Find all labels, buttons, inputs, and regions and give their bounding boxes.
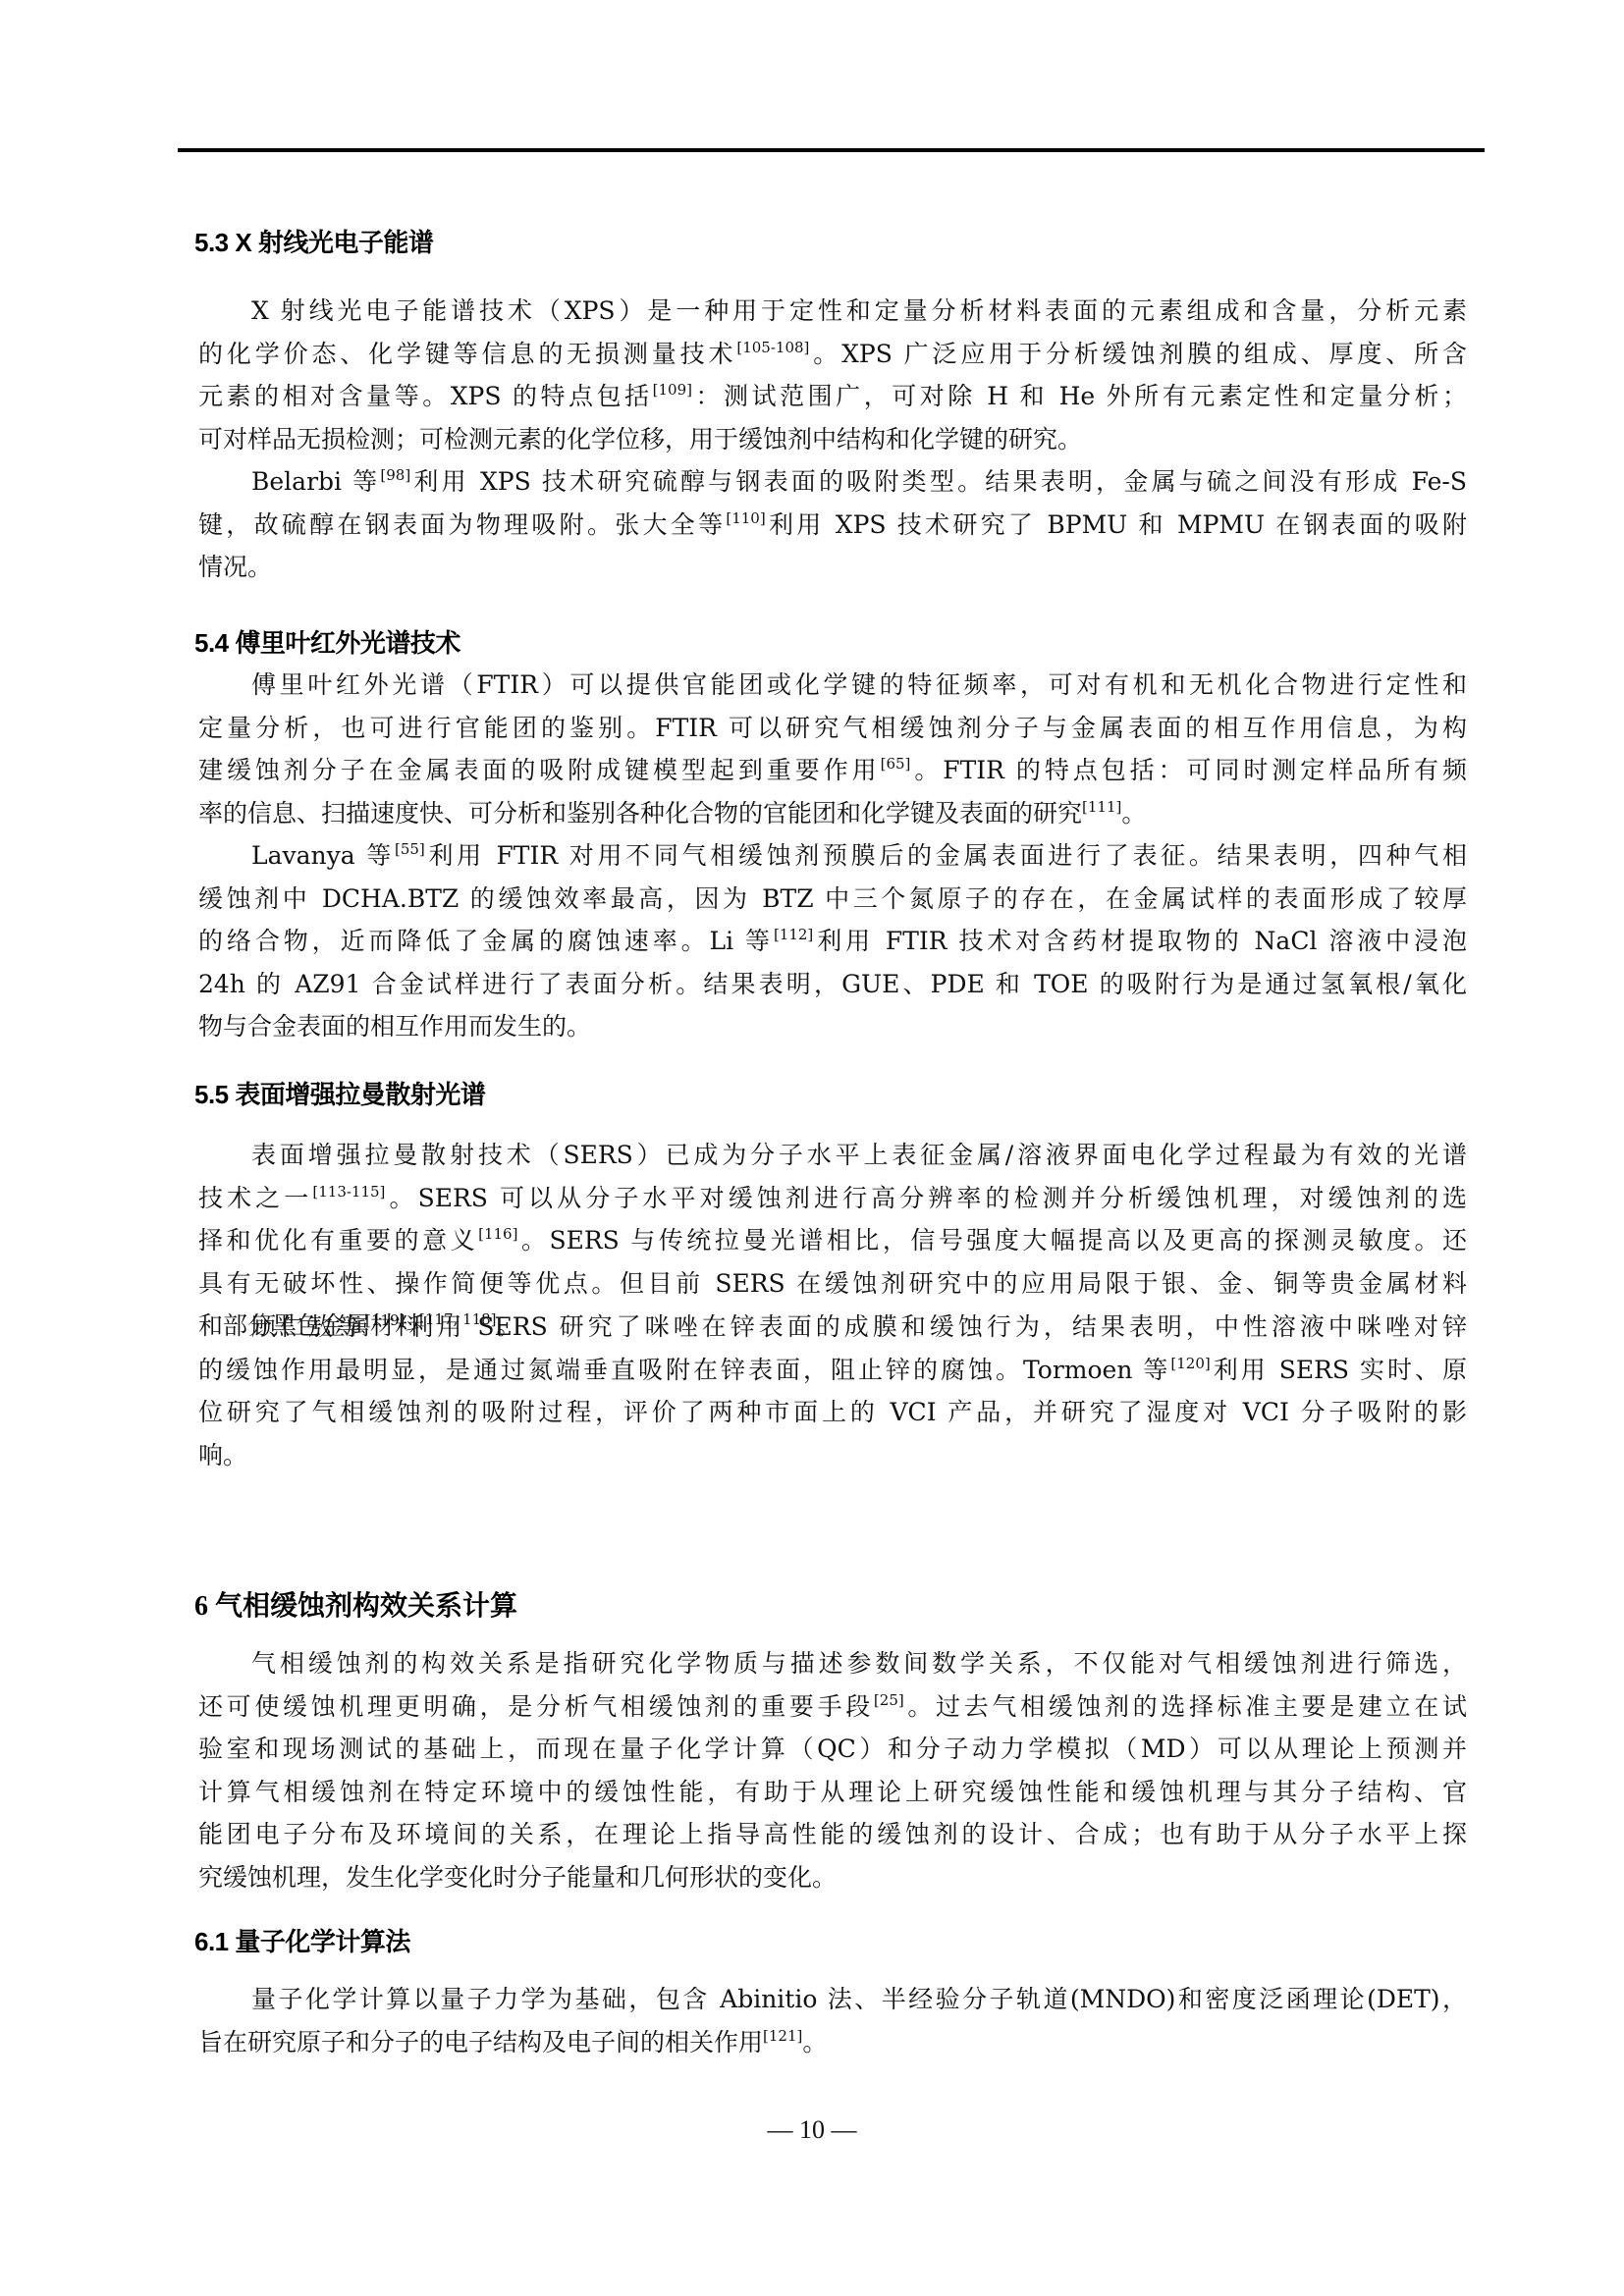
text-run: 定量分析，也可进行官能团的鉴别。FTIR 可以研究气相缓蚀剂分子与金属表面的相互… [198, 714, 1467, 742]
text-line: 物与合金表面的相互作用而发生的。 [198, 1005, 1467, 1048]
text-run: 利用 FTIR 对用不同气相缓蚀剂预膜后的金属表面进行了表征。结果表明，四种气相 [425, 841, 1467, 870]
text-line: 位研究了气相缓蚀剂的吸附过程，评价了两种市面上的 VCI 产品，并研究了湿度对 … [198, 1391, 1467, 1434]
citation-superscript: [113-115] [312, 1183, 385, 1201]
text-line: 究缓蚀机理，发生化学变化时分子能量和几何形状的变化。 [198, 1856, 1467, 1899]
citation-superscript: [112] [774, 926, 813, 943]
text-run: 位研究了气相缓蚀剂的吸附过程，评价了两种市面上的 VCI 产品，并研究了湿度对 … [198, 1398, 1467, 1426]
text-line: 气相缓蚀剂的构效关系是指研究化学物质与描述参数间数学关系，不仅能对气相缓蚀剂进行… [198, 1642, 1467, 1685]
text-run: 情况。 [198, 553, 272, 581]
section-heading-5-3: 5.3 X 射线光电子能谱 [194, 225, 433, 260]
page-number: — 10 — [0, 2112, 1624, 2148]
text-run: 究缓蚀机理，发生化学变化时分子能量和几何形状的变化。 [198, 1863, 837, 1892]
text-line: Lavanya 等[55]利用 FTIR 对用不同气相缓蚀剂预膜后的金属表面进行… [198, 834, 1467, 878]
section-heading-6: 6 气相缓蚀剂构效关系计算 [194, 1589, 517, 1625]
citation-superscript: [121] [763, 2027, 802, 2045]
text-run: 利用 XPS 技术研究了 BPMU 和 MPMU 在钢表面的吸附 [766, 510, 1467, 539]
citation-superscript: [119] [365, 1311, 405, 1329]
text-run: 率的信息、扫描速度快、可分析和鉴别各种化合物的官能团和化学键及表面的研究 [198, 799, 1082, 828]
text-line: 可对样品无损检测；可检测元素的化学位移，用于缓蚀剂中结构和化学键的研究。 [198, 418, 1467, 461]
text-run: 物与合金表面的相互作用而发生的。 [198, 1012, 591, 1041]
text-line: 具有无破坏性、操作简便等优点。但目前 SERS 在缓蚀剂研究中的应用局限于银、金… [198, 1262, 1467, 1306]
text-line: 的缓蚀作用最明显，是通过氮端垂直吸附在锌表面，阻止锌的腐蚀。Tormoen 等[… [198, 1349, 1467, 1392]
text-line: 的络合物，近而降低了金属的腐蚀速率。Li 等[112]利用 FTIR 技术对含药… [198, 920, 1467, 963]
text-run: 键，故硫醇在钢表面为物理吸附。张大全等 [198, 510, 726, 539]
text-line: 定量分析，也可进行官能团的鉴别。FTIR 可以研究气相缓蚀剂分子与金属表面的相互… [198, 707, 1467, 750]
text-line: 键，故硫醇在钢表面为物理吸附。张大全等[110]利用 XPS 技术研究了 BPM… [198, 504, 1467, 547]
text-line: 验室和现场测试的基础上，而现在量子化学计算（QC）和分子动力学模拟（MD）可以从… [198, 1728, 1467, 1771]
citation-superscript: [25] [874, 1691, 904, 1709]
text-run: 。过去气相缓蚀剂的选择标准主要是建立在试 [904, 1692, 1467, 1721]
text-line: 建缓蚀剂分子在金属表面的吸附成键模型起到重要作用[65]。FTIR 的特点包括：… [198, 749, 1467, 792]
paragraph-5-3-2: Belarbi 等[98]利用 XPS 技术研究硫醇与钢表面的吸附类型。结果表明… [198, 460, 1467, 589]
text-run: 顾仁敖等 [251, 1312, 365, 1341]
text-run: 可对样品无损检测；可检测元素的化学位移，用于缓蚀剂中结构和化学键的研究。 [198, 425, 1082, 454]
citation-superscript: [98] [380, 466, 410, 484]
text-run: 的缓蚀作用最明显，是通过氮端垂直吸附在锌表面，阻止锌的腐蚀。Tormoen 等 [198, 1356, 1170, 1384]
text-run: 计算气相缓蚀剂在特定环境中的缓蚀性能，有助于从理论上研究缓蚀性能和缓蚀机理与其分… [198, 1778, 1467, 1806]
text-run: 量子化学计算以量子力学为基础，包含 Abinitio 法、半经验分子轨道(MND… [251, 1985, 1467, 2013]
section-heading-5-4: 5.4 傅里叶红外光谱技术 [194, 625, 460, 661]
citation-superscript: [65] [881, 755, 911, 773]
text-run: 利用 FTIR 技术对含药材提取物的 NaCl 溶液中浸泡 [813, 927, 1467, 955]
text-line: X 射线光电子能谱技术（XPS）是一种用于定性和定量分析材料表面的元素组成和含量… [198, 290, 1467, 333]
text-run: X 射线光电子能谱技术（XPS）是一种用于定性和定量分析材料表面的元素组成和含量… [251, 296, 1467, 325]
text-run: Belarbi 等 [251, 467, 380, 496]
text-run: 利用 XPS 技术研究硫醇与钢表面的吸附类型。结果表明，金属与硫之间没有形成 F… [410, 467, 1467, 496]
text-run: 傅里叶红外光谱（FTIR）可以提供官能团或化学键的特征频率，可对有机和无机化合物… [251, 670, 1467, 699]
citation-superscript: [109] [653, 381, 692, 399]
text-run: 利用 SERS 实时、原 [1211, 1356, 1467, 1384]
text-run: 表面增强拉曼散射技术（SERS）已成为分子水平上表征金属/溶液界面电化学过程最为… [251, 1141, 1467, 1169]
text-line: 能团电子分布及环境间的关系，在理论上指导高性能的缓蚀剂的设计、合成；也有助于从分… [198, 1813, 1467, 1856]
text-line: 表面增强拉曼散射技术（SERS）已成为分子水平上表征金属/溶液界面电化学过程最为… [198, 1134, 1467, 1177]
text-line: 顾仁敖等[119]利用 SERS 研究了咪唑在锌表面的成膜和缓蚀行为，结果表明，… [198, 1306, 1467, 1349]
text-line: 缓蚀剂中 DCHA.BTZ 的缓蚀效率最高，因为 BTZ 中三个氮原子的存在，在… [198, 878, 1467, 921]
text-run: 24h 的 AZ91 合金试样进行了表面分析。结果表明，GUE、PDE 和 TO… [198, 970, 1467, 998]
text-line: 计算气相缓蚀剂在特定环境中的缓蚀性能，有助于从理论上研究缓蚀性能和缓蚀机理与其分… [198, 1771, 1467, 1814]
text-run: 响。 [198, 1441, 247, 1469]
text-line: 量子化学计算以量子力学为基础，包含 Abinitio 法、半经验分子轨道(MND… [198, 1978, 1467, 2021]
text-line: 旨在研究原子和分子的电子结构及电子间的相关作用[121]。 [198, 2021, 1467, 2064]
text-run: 。SERS 与传统拉曼光谱相比，信号强度大幅提高以及更高的探测灵敏度。还 [517, 1226, 1467, 1255]
section-heading-5-5: 5.5 表面增强拉曼散射光谱 [194, 1077, 485, 1112]
text-run: 的化学价态、化学键等信息的无损测量技术 [198, 340, 736, 368]
text-run: 。SERS 可以从分子水平对缓蚀剂进行高分辨率的检测并分析缓蚀机理，对缓蚀剂的选 [385, 1184, 1467, 1212]
text-run: 。 [1121, 799, 1146, 828]
citation-superscript: [105-108] [736, 339, 809, 356]
text-run: 能团电子分布及环境间的关系，在理论上指导高性能的缓蚀剂的设计、合成；也有助于从分… [198, 1820, 1467, 1848]
citation-superscript: [120] [1170, 1355, 1210, 1372]
text-run: 。 [802, 2028, 827, 2056]
text-run: 技术之一 [198, 1184, 312, 1212]
citation-superscript: [55] [395, 840, 425, 858]
text-line: 傅里叶红外光谱（FTIR）可以提供官能团或化学键的特征频率，可对有机和无机化合物… [198, 664, 1467, 707]
paragraph-5-4-2: Lavanya 等[55]利用 FTIR 对用不同气相缓蚀剂预膜后的金属表面进行… [198, 834, 1467, 1048]
section-heading-6-1: 6.1 量子化学计算法 [194, 1924, 410, 1959]
text-run: 元素的相对含量等。XPS 的特点包括 [198, 382, 653, 410]
text-run: 具有无破坏性、操作简便等优点。但目前 SERS 在缓蚀剂研究中的应用局限于银、金… [198, 1269, 1467, 1298]
text-run: 还可使缓蚀机理更明确，是分析气相缓蚀剂的重要手段 [198, 1692, 874, 1721]
text-line: 情况。 [198, 546, 1467, 589]
text-line: 技术之一[113-115]。SERS 可以从分子水平对缓蚀剂进行高分辨率的检测并… [198, 1177, 1467, 1220]
text-run: 验室和现场测试的基础上，而现在量子化学计算（QC）和分子动力学模拟（MD）可以从… [198, 1735, 1467, 1763]
text-line: 率的信息、扫描速度快、可分析和鉴别各种化合物的官能团和化学键及表面的研究[111… [198, 792, 1467, 835]
citation-superscript: [111] [1082, 798, 1121, 816]
paragraph-5-5-2: 顾仁敖等[119]利用 SERS 研究了咪唑在锌表面的成膜和缓蚀行为，结果表明，… [198, 1306, 1467, 1476]
text-line: 24h 的 AZ91 合金试样进行了表面分析。结果表明，GUE、PDE 和 TO… [198, 963, 1467, 1006]
header-rule [178, 148, 1485, 152]
text-run: 的络合物，近而降低了金属的腐蚀速率。Li 等 [198, 927, 774, 955]
text-run: 气相缓蚀剂的构效关系是指研究化学物质与描述参数间数学关系，不仅能对气相缓蚀剂进行… [251, 1649, 1467, 1678]
text-run: 择和优化有重要的意义 [198, 1226, 478, 1255]
text-line: 响。 [198, 1434, 1467, 1477]
text-run: ：测试范围广，可对除 H 和 He 外所有元素定性和定量分析； [692, 382, 1467, 410]
text-line: 还可使缓蚀机理更明确，是分析气相缓蚀剂的重要手段[25]。过去气相缓蚀剂的选择标… [198, 1685, 1467, 1729]
text-line: 的化学价态、化学键等信息的无损测量技术[105-108]。XPS 广泛应用于分析… [198, 333, 1467, 376]
paragraph-6-1-1: 量子化学计算以量子力学为基础，包含 Abinitio 法、半经验分子轨道(MND… [198, 1978, 1467, 2063]
text-run: 建缓蚀剂分子在金属表面的吸附成键模型起到重要作用 [198, 756, 881, 784]
text-run: 旨在研究原子和分子的电子结构及电子间的相关作用 [198, 2028, 763, 2056]
citation-superscript: [110] [726, 509, 765, 527]
paragraph-5-4-1: 傅里叶红外光谱（FTIR）可以提供官能团或化学键的特征频率，可对有机和无机化合物… [198, 664, 1467, 834]
text-line: Belarbi 等[98]利用 XPS 技术研究硫醇与钢表面的吸附类型。结果表明… [198, 460, 1467, 504]
citation-superscript: [116] [478, 1225, 517, 1243]
text-line: 择和优化有重要的意义[116]。SERS 与传统拉曼光谱相比，信号强度大幅提高以… [198, 1219, 1467, 1262]
text-run: 。XPS 广泛应用于分析缓蚀剂膜的组成、厚度、所含 [809, 340, 1467, 368]
text-run: 缓蚀剂中 DCHA.BTZ 的缓蚀效率最高，因为 BTZ 中三个氮原子的存在，在… [198, 884, 1467, 913]
text-run: Lavanya 等 [251, 841, 395, 870]
text-run: 利用 SERS 研究了咪唑在锌表面的成膜和缓蚀行为，结果表明，中性溶液中咪唑对锌 [405, 1312, 1467, 1341]
text-run: 。FTIR 的特点包括：可同时测定样品所有频 [910, 756, 1467, 784]
paragraph-6-1: 气相缓蚀剂的构效关系是指研究化学物质与描述参数间数学关系，不仅能对气相缓蚀剂进行… [198, 1642, 1467, 1899]
paragraph-5-3-1: X 射线光电子能谱技术（XPS）是一种用于定性和定量分析材料表面的元素组成和含量… [198, 290, 1467, 460]
text-line: 元素的相对含量等。XPS 的特点包括[109]：测试范围广，可对除 H 和 He… [198, 375, 1467, 418]
